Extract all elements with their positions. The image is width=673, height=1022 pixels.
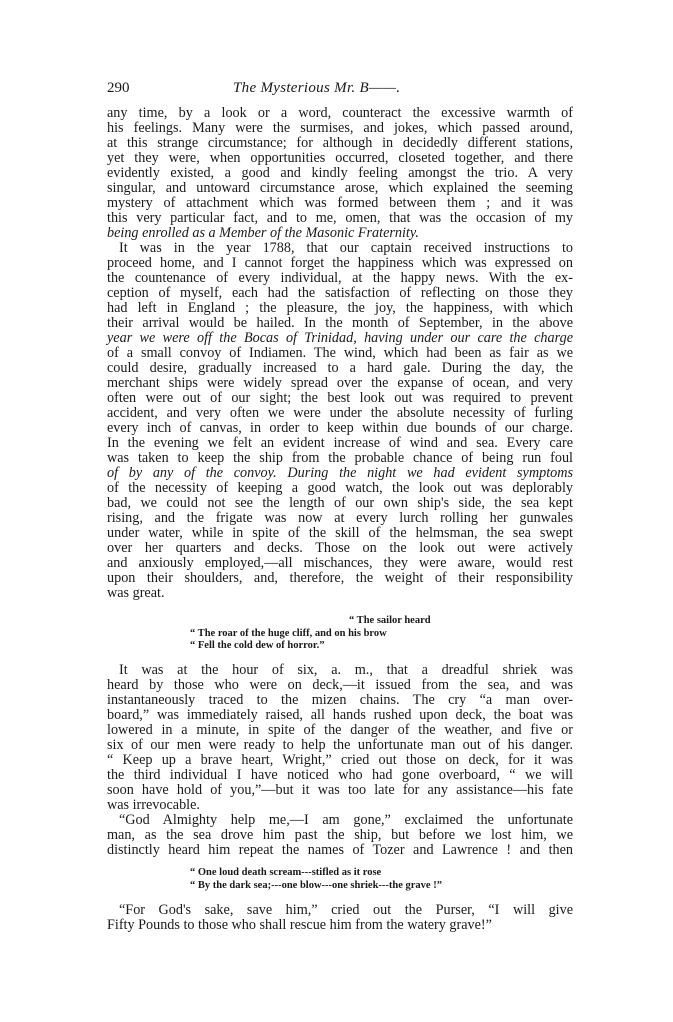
text-line: instantaneously traced to the mizen chai… bbox=[107, 693, 573, 708]
text-line: this very particular fact, and to me, om… bbox=[107, 211, 573, 226]
running-title: The Mysterious Mr. B——. bbox=[233, 80, 400, 97]
text-line: of by any of the convoy. During the nigh… bbox=[107, 466, 573, 481]
text-line: evidently existed, a good and kindly fee… bbox=[107, 166, 573, 181]
text-line: distinctly heard him repeat the names of… bbox=[107, 843, 573, 858]
paragraph-2: It was in the year 1788, that our captai… bbox=[107, 241, 573, 601]
text-line: the third individual I have noticed who … bbox=[107, 768, 573, 783]
text-line: over her quarters and decks. Those on th… bbox=[107, 541, 573, 556]
text-line: singular, and untoward circumstance aros… bbox=[107, 181, 573, 196]
verse-line: “ The roar of the huge cliff, and on his… bbox=[190, 628, 431, 641]
text-line: accident, and very often we were under t… bbox=[107, 406, 573, 421]
text-line: six of our men were ready to help the un… bbox=[107, 738, 573, 753]
verse-line: “ The sailor heard bbox=[190, 615, 431, 628]
text-line: of a small convoy of Indiamen. The wind,… bbox=[107, 346, 573, 361]
text-line: “God Almighty help me,—I am gone,” excla… bbox=[107, 813, 573, 828]
text-line: was taken to keep the ship from the prob… bbox=[107, 451, 573, 466]
text-line: year we were off the Bocas of Trinidad, … bbox=[107, 331, 573, 346]
book-page: 290 The Mysterious Mr. B——. any time, by… bbox=[0, 0, 673, 1022]
text-line: under water, while in spite of the skill… bbox=[107, 526, 573, 541]
text-line: at this strange circumstance; for althou… bbox=[107, 136, 573, 151]
verse-line: “ By the dark sea;---one blow---one shri… bbox=[190, 880, 442, 893]
paragraph-5: “For God's sake, save him,” cried out th… bbox=[107, 903, 573, 933]
text-line: was great. bbox=[107, 586, 573, 601]
text-line: Fifty Pounds to those who shall rescue h… bbox=[107, 918, 573, 933]
text-line: It was in the year 1788, that our captai… bbox=[107, 241, 573, 256]
page-number: 290 bbox=[107, 80, 130, 97]
verse-line: “ Fell the cold dew of horror.” bbox=[190, 640, 431, 653]
text-line: heard by those who were on deck,—it issu… bbox=[107, 678, 573, 693]
text-line: their arrival would be hailed. In the mo… bbox=[107, 316, 573, 331]
text-line: had left in England ; the pleasure, the … bbox=[107, 301, 573, 316]
text-line: being enrolled as a Member of the Masoni… bbox=[107, 226, 573, 241]
text-line: It was at the hour of six, a. m., that a… bbox=[107, 663, 573, 678]
text-line: of the necessity of keeping a good watch… bbox=[107, 481, 573, 496]
text-line: any time, by a look or a word, counterac… bbox=[107, 106, 573, 121]
text-line: rising, and the frigate was now at every… bbox=[107, 511, 573, 526]
text-line: ception of myself, each had the satisfac… bbox=[107, 286, 573, 301]
text-line: board,” was immediately raised, all hand… bbox=[107, 708, 573, 723]
text-line: yet they were, when opportunities occurr… bbox=[107, 151, 573, 166]
text-line: proceed home, and I cannot forget the ha… bbox=[107, 256, 573, 271]
verse-quote-1: “ The sailor heard “ The roar of the hug… bbox=[190, 615, 431, 653]
text-line: was irrevocable. bbox=[107, 798, 573, 813]
paragraph-4: “God Almighty help me,—I am gone,” excla… bbox=[107, 813, 573, 858]
text-line: upon their shoulders, and, therefore, th… bbox=[107, 571, 573, 586]
text-line: could desire, gradually increased to a h… bbox=[107, 361, 573, 376]
paragraph-1: any time, by a look or a word, counterac… bbox=[107, 106, 573, 241]
text-line: and anxiously employed,—all mischances, … bbox=[107, 556, 573, 571]
text-line: In the evening we felt an evident increa… bbox=[107, 436, 573, 451]
verse-line: “ One loud death scream---stifled as it … bbox=[190, 867, 442, 880]
text-line: the countenance of every individual, at … bbox=[107, 271, 573, 286]
text-line: “ Keep up a brave heart, Wright,” cried … bbox=[107, 753, 573, 768]
text-line: his feelings. Many were the surmises, an… bbox=[107, 121, 573, 136]
running-head: 290 The Mysterious Mr. B——. bbox=[107, 80, 573, 98]
text-line: merchant ships were widely spread over t… bbox=[107, 376, 573, 391]
text-line: “For God's sake, save him,” cried out th… bbox=[107, 903, 573, 918]
text-line: often were out of our sight; the best lo… bbox=[107, 391, 573, 406]
text-line: lowered in a minute, in spite of the dan… bbox=[107, 723, 573, 738]
text-line: mystery of attachment which was formed b… bbox=[107, 196, 573, 211]
verse-quote-2: “ One loud death scream---stifled as it … bbox=[190, 867, 442, 892]
text-line: soon have hold of you,”—but it was too l… bbox=[107, 783, 573, 798]
text-line: bad, we could not see the length of our … bbox=[107, 496, 573, 511]
text-line: every inch of canvas, in order to keep w… bbox=[107, 421, 573, 436]
paragraph-3: It was at the hour of six, a. m., that a… bbox=[107, 663, 573, 813]
text-line: man, as the sea drove him past the ship,… bbox=[107, 828, 573, 843]
